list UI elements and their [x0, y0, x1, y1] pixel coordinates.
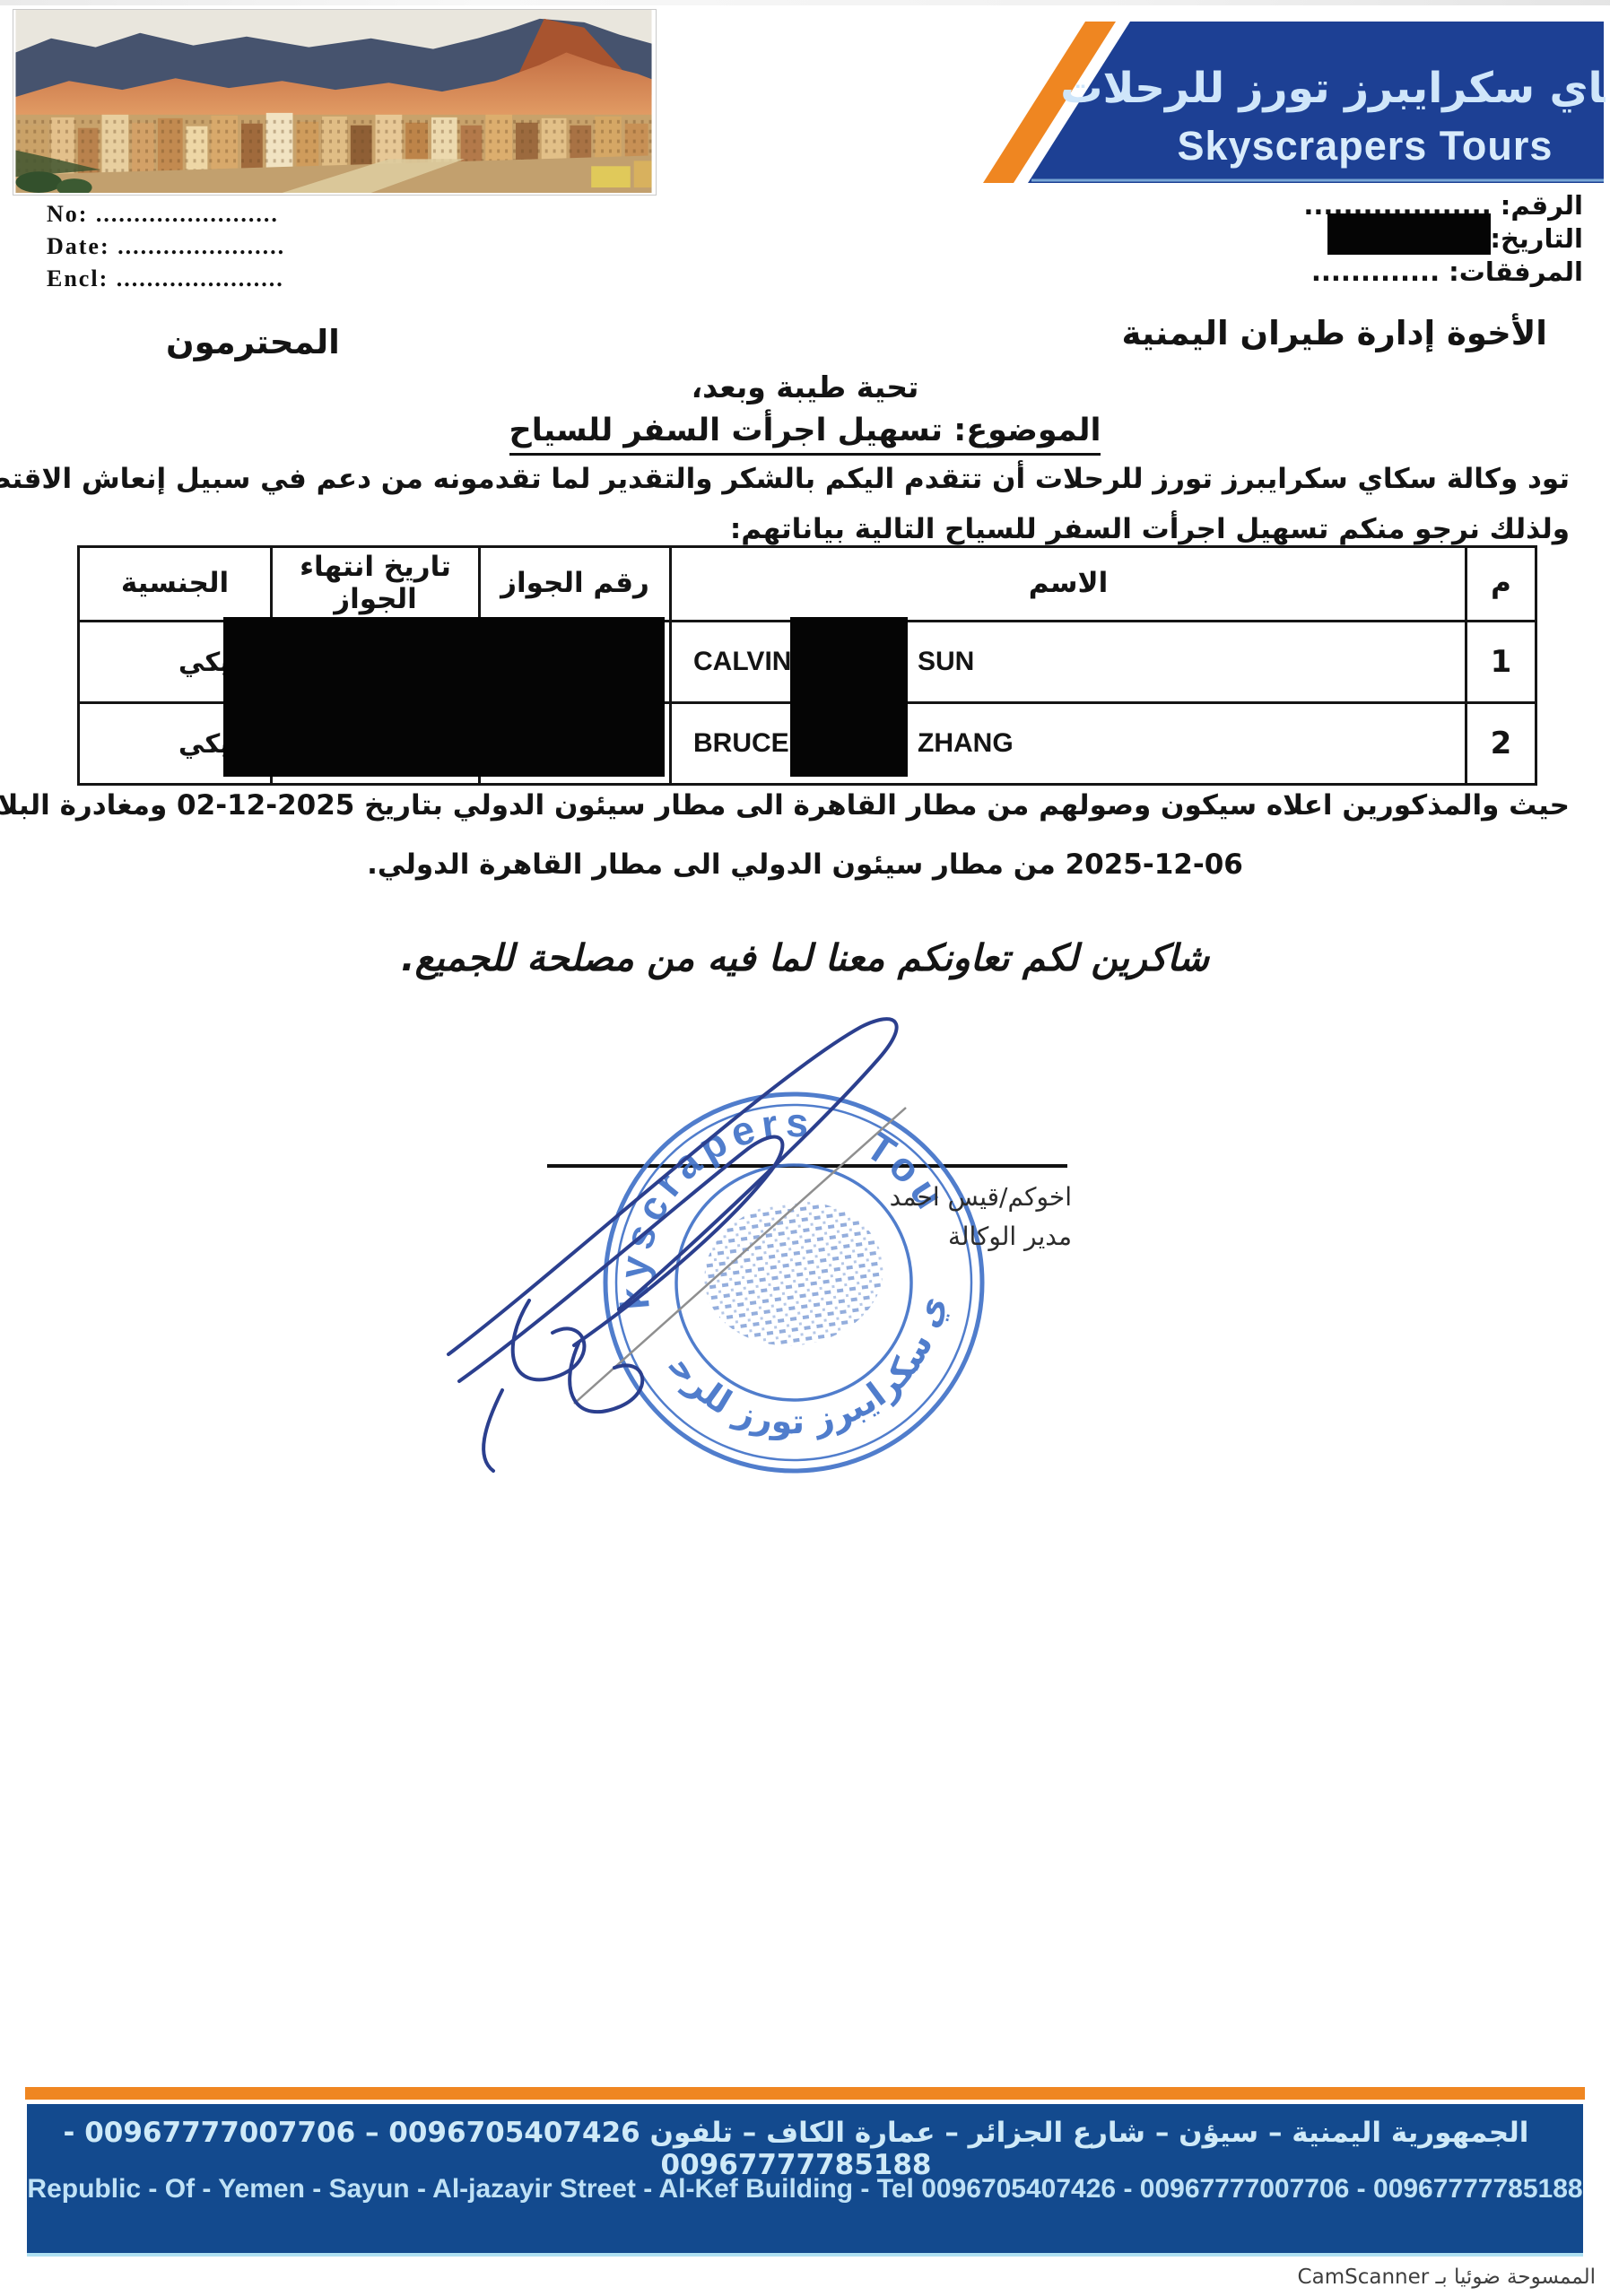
recipient-line: الأخوة إدارة طيران اليمنية — [1122, 314, 1547, 352]
row2-last-name: ZHANG — [918, 728, 1014, 759]
signature-stamp-area: Skyscrapers Tours سكاي سكرايبرز تورز للر… — [395, 1004, 1094, 1507]
greeting-line: تحية طيبة وبعد، — [0, 370, 1610, 404]
company-logo: سكاي سكرايبرز تورز للرحلات Skyscrapers T… — [978, 16, 1606, 187]
header-name: الاسم — [671, 547, 1466, 622]
city-photo-art — [13, 10, 654, 193]
camscanner-watermark: الممسوحة ضوئيا بـ CamScanner — [1298, 2266, 1596, 2289]
header-passport-expiry: تاريخ انتهاء الجواز — [272, 547, 480, 622]
body-line-1: تود وكالة سكاي سكرايبرز تورز للرحلات أن … — [63, 454, 1570, 504]
subject-text: الموضوع: تسهيل اجرأت السفر للسياح — [509, 413, 1101, 456]
logo-title-arabic: سكاي سكرايبرز تورز للرحلات — [1060, 64, 1606, 113]
footer-address-arabic: الجمهورية اليمنية – سيؤن – شارع الجزائر … — [27, 2117, 1565, 2181]
subject-line: الموضوع: تسهيل اجرأت السفر للسياح — [0, 413, 1610, 448]
after-table-line-1: حيث والمذكورين اعلاه سيكون وصولهم من مطا… — [63, 789, 1570, 822]
redaction-box-date — [1327, 213, 1491, 255]
header-passport-no: رقم الجواز — [480, 547, 671, 622]
ref-encl-label: Encl: ...................... — [47, 265, 285, 298]
row2-index: 2 — [1466, 703, 1536, 785]
logo-title-english: Skyscrapers Tours — [1178, 123, 1553, 169]
ref-no-label: No: ........................ — [47, 201, 285, 233]
signatory-name: اخوكم/قيس احمد — [890, 1182, 1072, 1212]
row1-last-name: SUN — [918, 647, 974, 677]
body-paragraph: تود وكالة سكاي سكرايبرز تورز للرحلات أن … — [63, 454, 1570, 554]
row1-first-name: CALVIN — [693, 647, 791, 677]
signatory-title: مدير الوكالة — [948, 1222, 1072, 1251]
ref-attachments-label-ar: المرفقات: ............. — [1303, 257, 1583, 290]
reference-fields-english: No: ........................ Date: .....… — [47, 201, 285, 298]
footer-address-english: Republic - Of - Yemen - Sayun - Al-jazay… — [27, 2174, 1583, 2205]
scanned-letter-page: سكاي سكرايبرز تورز للرحلات Skyscrapers T… — [0, 0, 1610, 2296]
table-header-row: م الاسم رقم الجواز تاريخ انتهاء الجواز ا… — [79, 547, 1536, 622]
redaction-box-passport-data — [223, 617, 665, 777]
honorific-line: المحترمون — [166, 323, 340, 361]
header-index: م — [1466, 547, 1536, 622]
shibam-city-photo — [13, 9, 657, 196]
header-nationality: الجنسية — [79, 547, 272, 622]
footer-orange-bar — [25, 2087, 1585, 2100]
passenger-table-wrap: م الاسم رقم الجواز تاريخ انتهاء الجواز ا… — [77, 545, 1535, 786]
redaction-box-middle-names — [790, 617, 908, 777]
row1-index: 1 — [1466, 622, 1536, 703]
after-table-line-2: 2025-12-06 من مطار سيئون الدولي الى مطار… — [0, 848, 1610, 881]
thanks-calligraphy-line: شاكرين لكم تعاونكم معنا لما فيه من مصلحة… — [0, 936, 1610, 979]
ref-date-label: Date: ...................... — [47, 233, 285, 265]
row2-first-name: BRUCE — [693, 728, 789, 759]
scan-artifact-top — [0, 0, 1610, 5]
footer-contact-bar: الجمهورية اليمنية – سيؤن – شارع الجزائر … — [27, 2104, 1583, 2257]
